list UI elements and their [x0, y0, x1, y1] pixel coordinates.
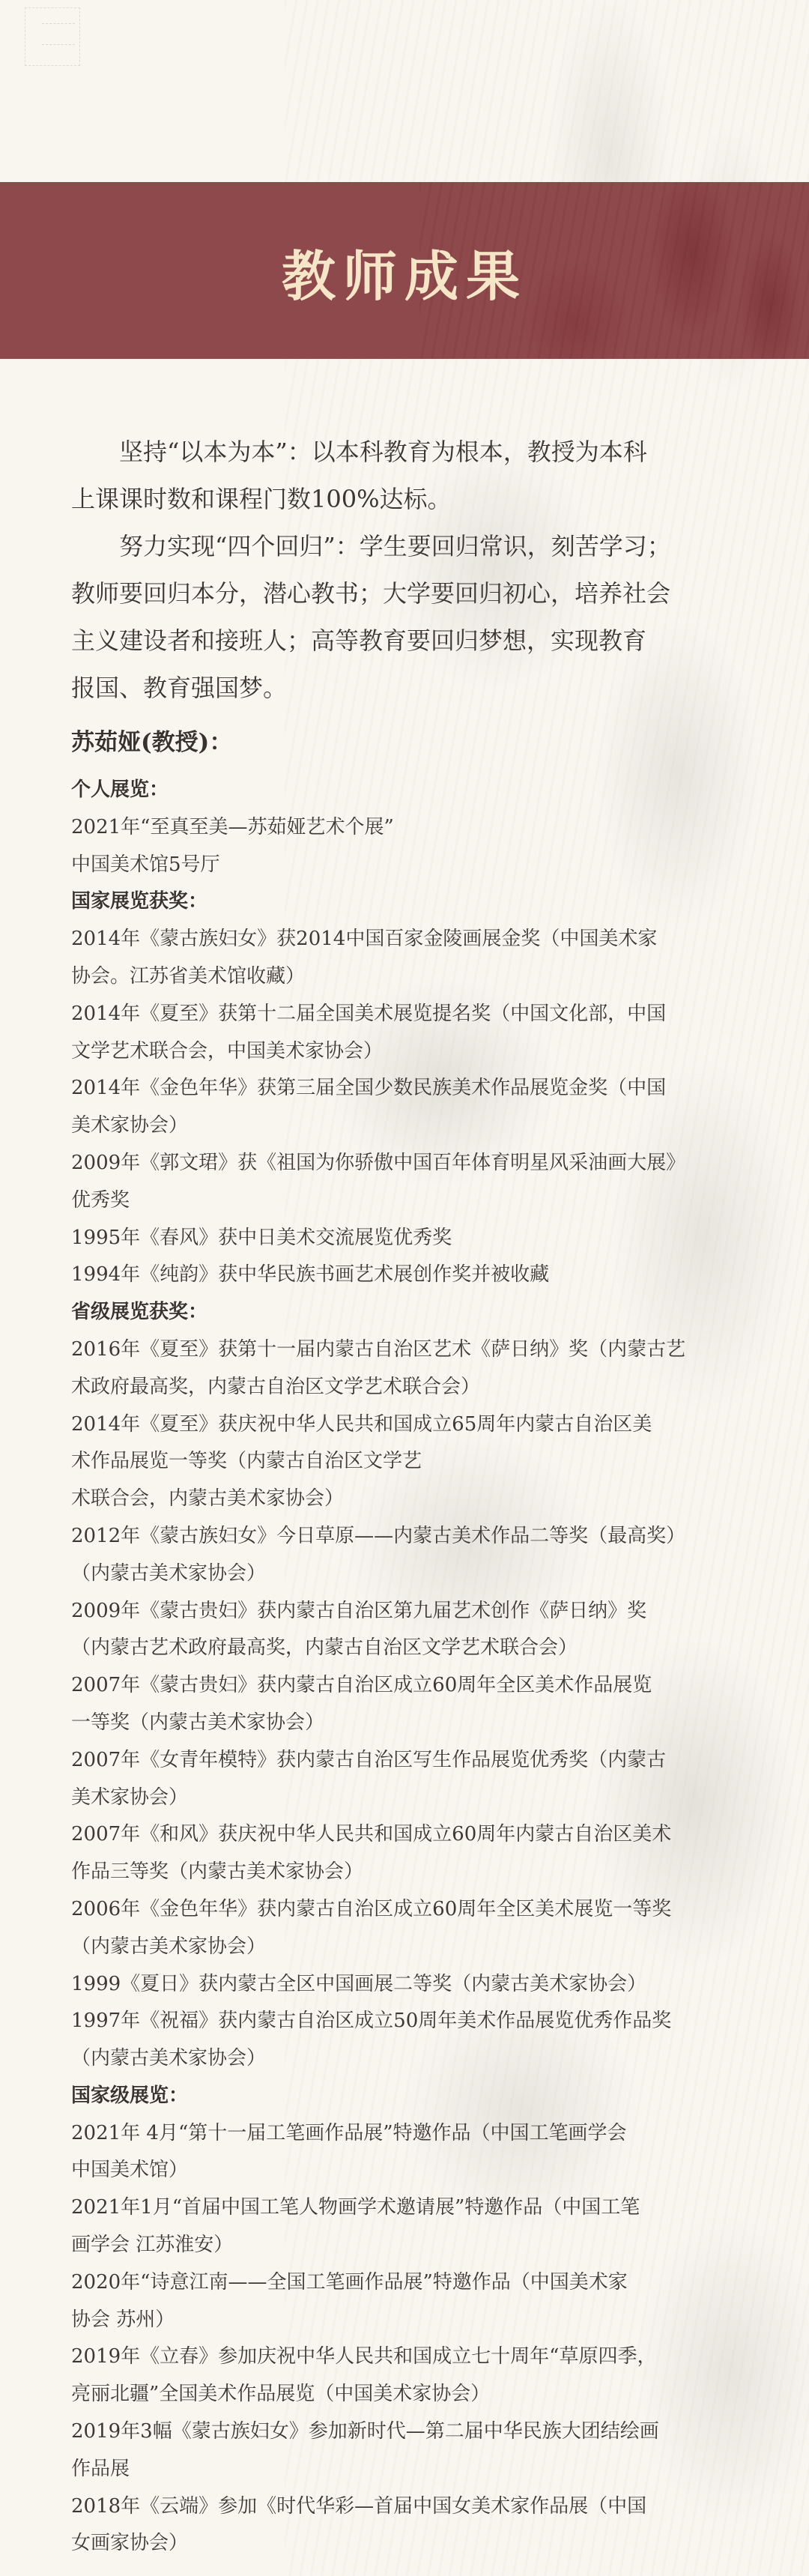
list-item: 2009年《蒙古贵妇》获内蒙古自治区第九届艺术创作《萨日纳》奖	[71, 1593, 790, 1630]
list-item: 2018年《云端》参加《时代华彩—首届中国女美术家作品展（中国	[71, 2488, 790, 2526]
list-item: 2020年“诗意江南——全国工笔画作品展”特邀作品（中国美术家	[71, 2264, 790, 2302]
list-item: 中国美术馆）	[71, 2152, 790, 2189]
list-item: 亮丽北疆”全国美术作品展览（中国美术家协会）	[71, 2376, 790, 2413]
list-item: 2009年《郭文珺》获《祖国为你骄傲中国百年体育明星风采油画大展》	[71, 1145, 790, 1182]
list-item: 2006年《金色年华》获内蒙古自治区成立60周年全区美术展览一等奖	[71, 1891, 790, 1929]
list-item: 作品展	[71, 2451, 790, 2488]
list-item: 1997年《祝福》获内蒙古自治区成立50周年美术作品展览优秀作品奖	[71, 2003, 790, 2040]
list-item: 2014年《夏至》获第十二届全国美术展览提名奖（中国文化部，中国	[71, 996, 790, 1033]
intro-section: 坚持“以本为本”：以本科教育为根本，教授为本科 上课课时数和课程门数100%达标…	[71, 429, 768, 712]
page-title: 教师成果	[282, 233, 527, 311]
list-item: （内蒙古美术家协会）	[71, 1555, 790, 1593]
list-item: 2014年《蒙古族妇女》获2014中国百家金陵画展金奖（中国美术家	[71, 921, 790, 958]
list-item: 2014年《金色年华》获第三届全国少数民族美术作品展览金奖（中国	[71, 1070, 790, 1107]
list-item: 中国美术馆5号厅	[71, 847, 790, 884]
list-item: 美术家协会）	[71, 1107, 790, 1145]
section-heading: 国家级展览：	[71, 2078, 790, 2115]
list-item: 术作品展览一等奖（内蒙古自治区文学艺	[71, 1443, 790, 1481]
intro-paragraph-1: 坚持“以本为本”：以本科教育为根本，教授为本科 上课课时数和课程门数100%达标…	[71, 429, 768, 523]
profile-section: 苏茹娅(教授)： 个人展览：2021年“至真至美—苏茹娅艺术个展”中国美术馆5号…	[71, 724, 790, 2563]
intro-p2-line-1: 努力实现“四个回归”：学生要回归常识，刻苦学习；	[119, 532, 671, 560]
profile-name: 苏茹娅(教授)：	[71, 724, 790, 761]
list-item: 优秀奖	[71, 1182, 790, 1220]
list-item: 协会 苏州）	[71, 2302, 790, 2339]
list-item: 2007年《蒙古贵妇》获内蒙古自治区成立60周年全区美术作品展览	[71, 1667, 790, 1705]
list-item: （内蒙古美术家协会）	[71, 2040, 790, 2078]
list-item: 女画家协会）	[71, 2525, 790, 2563]
intro-p1-line-2: 上课课时数和课程门数100%达标。	[71, 485, 452, 513]
list-item: （内蒙古艺术政府最高奖，内蒙古自治区文学艺术联合会）	[71, 1630, 790, 1667]
list-item: 1999《夏日》获内蒙古全区中国画展二等奖（内蒙古美术家协会）	[71, 1966, 790, 2004]
intro-p1-line-1: 坚持“以本为本”：以本科教育为根本，教授为本科	[119, 438, 647, 466]
list-item: 2019年《立春》参加庆祝中华人民共和国成立七十周年“草原四季，	[71, 2338, 790, 2376]
list-item: 1995年《春风》获中日美术交流展览优秀奖	[71, 1220, 790, 1257]
seal-stamp-icon	[25, 7, 80, 66]
section-heading: 国家展览获奖：	[71, 883, 790, 921]
intro-p2-line-3: 主义建设者和接班人；高等教育要回归梦想，实现教育	[71, 626, 646, 655]
list-item: 2019年3幅《蒙古族妇女》参加新时代—第二届中华民族大团结绘画	[71, 2413, 790, 2451]
list-item: 2007年《和风》获庆祝中华人民共和国成立60周年内蒙古自治区美术	[71, 1816, 790, 1854]
list-item: 术政府最高奖，内蒙古自治区文学艺术联合会）	[71, 1369, 790, 1406]
list-item: 2012年《蒙古族妇女》今日草原——内蒙古美术作品二等奖（最高奖）	[71, 1518, 790, 1555]
list-item: 2016年《夏至》获第十一届内蒙古自治区艺术《萨日纳》奖（内蒙古艺	[71, 1331, 790, 1369]
title-banner: 教师成果	[0, 182, 809, 359]
list-item: 2021年“至真至美—苏茹娅艺术个展”	[71, 809, 790, 847]
list-item: 2021年1月“首届中国工笔人物画学术邀请展”特邀作品（中国工笔	[71, 2189, 790, 2227]
list-item: 协会。江苏省美术馆收藏）	[71, 958, 790, 996]
section-heading: 省级展览获奖：	[71, 1294, 790, 1331]
list-item: 作品三等奖（内蒙古美术家协会）	[71, 1854, 790, 1891]
list-item: 2014年《夏至》获庆祝中华人民共和国成立65周年内蒙古自治区美	[71, 1406, 790, 1444]
achievement-list: 个人展览：2021年“至真至美—苏茹娅艺术个展”中国美术馆5号厅国家展览获奖：2…	[71, 772, 790, 2563]
intro-p2-line-4: 报国、教育强国梦。	[71, 674, 287, 702]
list-item: （内蒙古美术家协会）	[71, 1929, 790, 1966]
list-item: 一等奖（内蒙古美术家协会）	[71, 1705, 790, 1742]
list-item: 1994年《纯韵》获中华民族书画艺术展创作奖并被收藏	[71, 1257, 790, 1294]
section-heading: 个人展览：	[71, 772, 790, 809]
list-item: 2021年 4月“第十一届工笔画作品展”特邀作品（中国工笔画学会	[71, 2115, 790, 2153]
list-item: 2007年《女青年模特》获内蒙古自治区写生作品展览优秀奖（内蒙古	[71, 1742, 790, 1780]
list-item: 术联合会，内蒙古美术家协会）	[71, 1481, 790, 1518]
intro-p2-line-2: 教师要回归本分，潜心教书；大学要回归初心，培养社会	[71, 579, 670, 608]
list-item: 文学艺术联合会，中国美术家协会）	[71, 1033, 790, 1071]
list-item: 美术家协会）	[71, 1780, 790, 1817]
list-item: 画学会 江苏淮安）	[71, 2227, 790, 2264]
intro-paragraph-2: 努力实现“四个回归”：学生要回归常识，刻苦学习； 教师要回归本分，潜心教书；大学…	[71, 523, 768, 712]
